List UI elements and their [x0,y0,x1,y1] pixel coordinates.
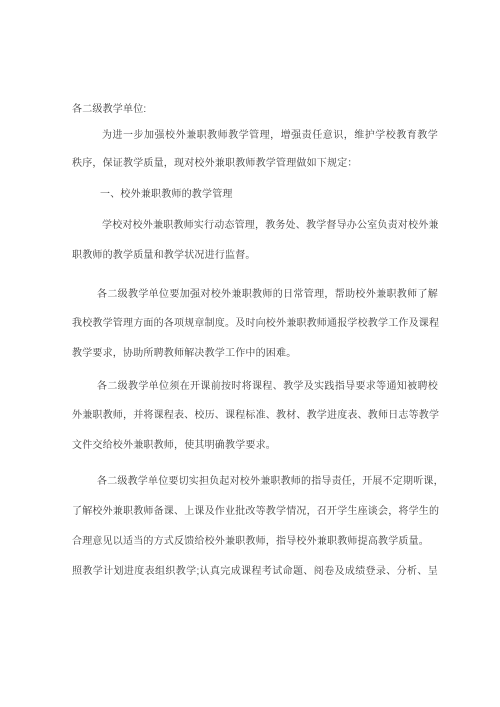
paragraph-line: 外兼职教师，并将课程表、校历、课程标准、教材、教学进度表、教师日志等教学 [72,401,438,431]
paragraph-line: 我校教学管理方面的各项规章制度。及时向校外兼职教师通报学校教学工作及课程 [72,309,438,339]
paragraph-line: 了解校外兼职教师备课、上课及作业批改等教学情况，召开学生座谈会，将学生的 [72,497,438,527]
paragraph-line: 照教学计划进度表组织教学;认真完成课程考试命题、阅卷及成绩登录、分析、呈 [72,557,438,587]
section-heading: 一、校外兼职教师的教学管理 [72,180,438,210]
paragraph-line: 教学要求，协助所聘教师解决教学工作中的困难。 [72,339,438,369]
paragraph-line: 各二级教学单位须在开课前按时将课程、教学及实践指导要求等通知被聘校 [72,372,438,402]
paragraph-line: 为进一步加强校外兼职教师教学管理，增强责任意识，维护学校教育教学 [72,121,438,151]
paragraph-line: 各二级教学单位要加强对校外兼职教师的日常管理，帮助校外兼职教师了解 [72,280,438,310]
paragraph-line: 秩序，保证教学质量，现对校外兼职教师教学管理做如下规定： [72,149,438,179]
paragraph-line: 学校对校外兼职教师实行动态管理，教务处、教学督导办公室负责对校外兼 [72,211,438,241]
paragraph-line: 合理意见以适当的方式反馈给校外兼职教师，指导校外兼职教师提高教学质量。 [72,527,438,557]
paragraph-line: 各二级教学单位要切实担负起对校外兼职教师的指导责任，开展不定期听课， [72,467,438,497]
paragraph-line: 职教师的教学质量和教学状况进行监督。 [72,241,438,271]
paragraph-line: 文件交给校外兼职教师，使其明确教学要求。 [72,431,438,461]
document-page: 各二级教学单位: 为进一步加强校外兼职教师教学管理，增强责任意识，维护学校教育教… [0,0,500,707]
